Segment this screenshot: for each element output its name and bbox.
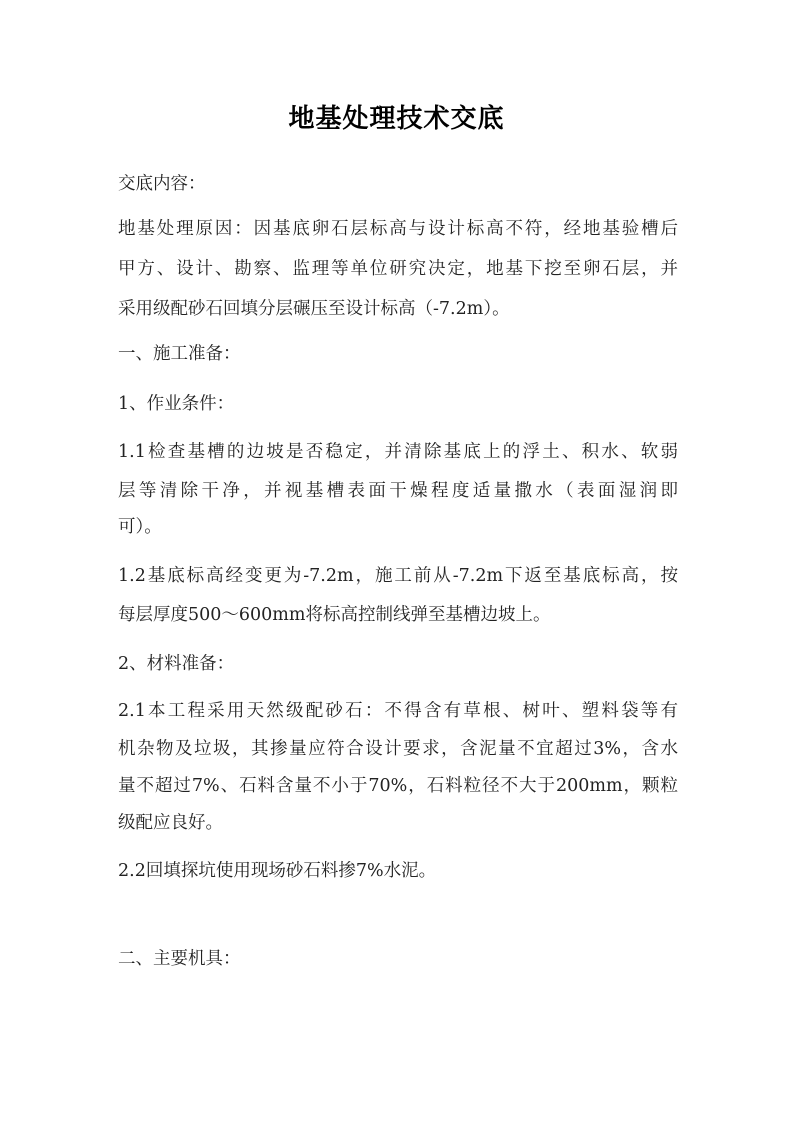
document-title: 地基处理技术交底 [0,98,793,135]
heading-work-conditions: 1、作业条件： [118,390,234,415]
heading-material-prep: 2、材料准备： [118,650,234,675]
section-label-content: 交底内容： [118,170,206,195]
document-page: 地基处理技术交底 交底内容： 地基处理原因：因基底卵石层标高与设计标高不符，经地… [0,0,793,1122]
item-1-1-line-2: 层等清除干净，并视基槽表面干燥程度适量撒水（表面湿润即 [118,477,678,502]
item-2-1-line-3: 量不超过7%、石料含量不小于70%，石料粒径不大于200mm，颗粒 [118,772,678,797]
item-2-1-line-1: 2.1本工程采用天然级配砂石：不得含有草根、树叶、塑料袋等有 [118,697,678,722]
item-2-1-line-2: 机杂物及垃圾，其掺量应符合设计要求，含泥量不宜超过3%，含水 [118,735,678,760]
item-2-2: 2.2回填探坑使用现场砂石料掺7%水泥。 [118,857,436,882]
item-2-1-line-4: 级配应良好。 [118,809,223,834]
paragraph-reason-line-1: 地基处理原因：因基底卵石层标高与设计标高不符，经地基验槽后 [118,215,678,240]
paragraph-reason-line-2: 甲方、设计、勘察、监理等单位研究决定，地基下挖至卵石层，并 [118,255,678,280]
item-1-1-line-3: 可）。 [118,513,162,538]
heading-main-equipment: 二、主要机具： [118,945,241,970]
item-1-1-line-1: 1.1检查基槽的边坡是否稳定，并清除基底上的浮土、积水、软弱 [118,438,678,463]
paragraph-reason-line-3: 采用级配砂石回填分层碾压至设计标高（-7.2m）。 [118,295,510,320]
item-1-2-line-1: 1.2基底标高经变更为-7.2m，施工前从-7.2m下返至基底标高，按 [118,562,678,587]
item-1-2-line-2: 每层厚度500～600mm将标高控制线弹至基槽边坡上。 [118,601,551,626]
heading-construction-prep: 一、施工准备： [118,340,241,365]
